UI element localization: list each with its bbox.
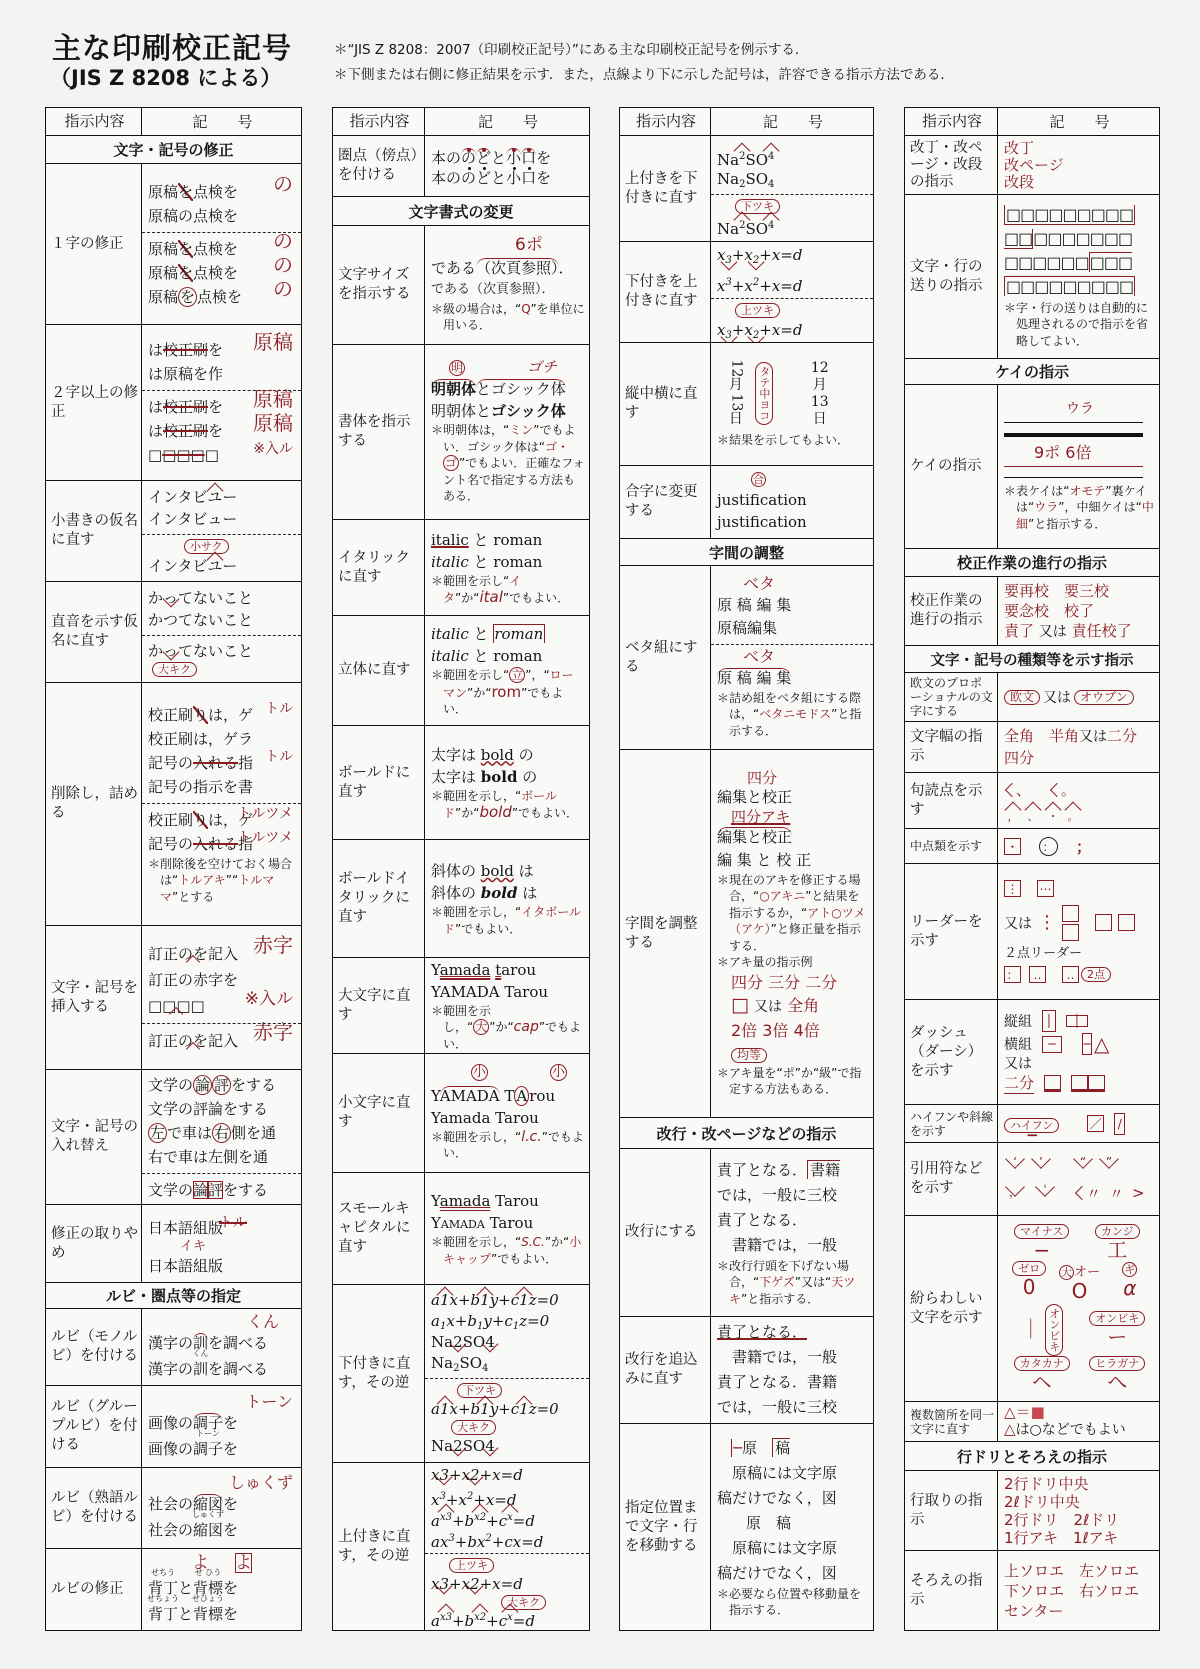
small-caps-text: amada xyxy=(441,1214,485,1232)
note-text: ＊範囲を示し，“ xyxy=(431,789,521,803)
bold-italic-text: bold xyxy=(481,884,518,902)
lowercase-marks: 小小 xyxy=(431,1065,585,1085)
caret-marked-char: x2 xyxy=(474,1607,486,1628)
struck-text: □□□ xyxy=(162,446,205,464)
instruction-label: ケイの指示 xyxy=(905,385,998,548)
example-line: 日本語組版トル xyxy=(148,1217,297,1239)
gothic-text: ゴシック体 xyxy=(491,402,566,420)
note-text: ＊結果を示してもよい． xyxy=(717,433,849,447)
ruby-mark: しゅくず xyxy=(148,1475,297,1493)
dash-vertical: 縦組││ xyxy=(1004,1010,1155,1032)
caret-marked-char: 1 xyxy=(440,1399,450,1420)
punctuation-marks: ，、・。 xyxy=(1004,802,1155,824)
example-line: 太字は bold の xyxy=(431,744,585,766)
example-line: 本ののどと小口を xyxy=(431,142,585,166)
progress-marks: 要念校 校了 xyxy=(1004,601,1155,621)
row-uppercase: 大文字に直す Yamada tarou YAMADA Tarou ＊範囲を示し，… xyxy=(333,957,589,1053)
example-line: 左で車は右側を通 xyxy=(148,1121,297,1145)
text: +x=d xyxy=(759,246,802,264)
example-line: は校正刷を原稿 xyxy=(148,338,297,362)
note: ＊アキ量の指示例 xyxy=(717,954,869,971)
two-dot-leader-label: ２点リーダー xyxy=(1004,946,1155,964)
ditto-mark: 〃 xyxy=(1109,1183,1124,1204)
row-new-paragraph: 改行にする 責了となる．書籍 では，一般に三校 責了となる． 書籍では，一般 ＊… xyxy=(620,1148,873,1316)
row-rules: ケイの指示 ウラ 9ポ 6倍 ＊表ケイは“オモテ”裏ケイは“ウラ”，中細ケイは“… xyxy=(905,384,1159,548)
instruction-label: ルビ（グループルビ）を付ける xyxy=(46,1386,142,1467)
two-dot-mark: 2点 xyxy=(1081,967,1111,982)
example-line: 斜体の bold は xyxy=(431,860,585,882)
text: か xyxy=(148,589,163,607)
example-line: Yamada Tarou xyxy=(431,1190,585,1212)
text: を xyxy=(536,169,551,187)
example-value: 全角 xyxy=(787,996,819,1015)
row-ruby-fix: ルビの修正 よよ せちう背丁とせ ひう背標を せちょう背丁とせひょう背標を xyxy=(46,1548,301,1630)
section-heading: 字間の調整 xyxy=(620,538,873,565)
row-text-flow: 文字・行の送りの指示 □□□□□□□□□ □□□□□□□□□ □□□□□□□□□… xyxy=(905,194,1159,358)
table-column-1: 指示内容 記 号 文字・記号の修正 １字の修正 原稿を点検をの 原稿の点検を 原… xyxy=(45,107,302,1631)
middle-dot-mark: ・ xyxy=(1044,802,1062,824)
note: ＊詰め組をベタ組にする際は，“ベタニモドス”と指示する． xyxy=(717,690,869,740)
result-line: 画像のトーン調子を xyxy=(148,1438,297,1460)
spacing-examples: 四分 三分 二分 xyxy=(717,971,869,994)
symbol-cell: 校正刷りは，ゲトル 校正刷は，ゲラ 記号の入れる指トル 記号の指示を書 校正刷り… xyxy=(142,683,301,925)
table-column-3: 指示内容 記 号 上付きを下付きに直す Na2SO4 Na2SO4 下ツキ Na… xyxy=(619,107,874,1631)
hyphen-mark: ハイフン− xyxy=(1004,1115,1059,1133)
row-fix-multi-char: ２字以上の修正 は校正刷を原稿 は原稿を作 は校正刷を原稿 は校正刷を原稿 □□… xyxy=(46,324,301,480)
row-char-width: 文字幅の指示 全角 半角又は二分 四分 xyxy=(905,721,1159,772)
insertion-point: を記入 xyxy=(193,1032,238,1050)
text: を xyxy=(223,1605,238,1623)
progress-mark: 校了 xyxy=(1064,602,1094,620)
cancelled-mark: トル xyxy=(219,1211,247,1235)
text: +cx=d xyxy=(492,1533,544,1551)
or-text: 又は xyxy=(1079,729,1107,745)
typeface-marks: 明ゴチ xyxy=(431,359,585,378)
horizontal-two-dot-box: ‥ xyxy=(1029,966,1046,983)
symbol-cell: □□□□□□□□□ □□□□□□□□□ □□□□□□□□□ □□□□□□□□□ … xyxy=(998,195,1159,358)
correction-mark: 原稿 xyxy=(253,387,293,411)
row-emphasis-dots: 圏点（傍点）を付ける 本ののどと小口を 本ののどと小口を xyxy=(333,135,589,196)
row-transpose: 文字・記号の入れ替え 文学の論評をする 文学の評論をする 左で車は右側を通 右で… xyxy=(46,1069,301,1204)
table-column-4: 指示内容 記 号 改丁・改ページ・改段の指示 改丁 改ページ 改段 文字・行の送… xyxy=(904,107,1160,1631)
ruby-text: せちょう xyxy=(144,1595,182,1603)
symbol-cell: 文学の論評をする 文学の評論をする 左で車は右側を通 右で車は左側を通 文学の論… xyxy=(142,1070,301,1204)
text: と xyxy=(491,149,506,167)
dot-stack: ⋮ xyxy=(1038,914,1056,932)
result-line: 記号の指示を書 xyxy=(148,775,297,799)
text: 日本語組版 xyxy=(148,1219,223,1237)
text: 原稿 xyxy=(148,183,178,201)
text: と xyxy=(469,625,494,643)
caret-marked-char: x3 xyxy=(440,1507,452,1528)
red-rule xyxy=(1004,466,1143,467)
example-line: x3+x2+x=d xyxy=(431,1465,585,1486)
table-header: 指示内容 記 号 xyxy=(905,108,1159,135)
instruction-label: 改行を追込みに直す xyxy=(620,1317,711,1423)
example-value: 4倍 xyxy=(794,1021,820,1040)
text: ー xyxy=(222,488,237,506)
table-header: 指示内容 記 号 xyxy=(46,108,301,135)
text: と xyxy=(491,169,506,187)
note: ＊範囲を示し，“S.C.”か“小キャップ”でもよい． xyxy=(431,1234,585,1267)
confusable-group: マイナス− カンジ工 xyxy=(1004,1224,1155,1261)
red-instruction: 改ページ xyxy=(1004,157,1155,174)
mark-row: 上ツキ xyxy=(717,303,869,319)
note-red-term: ○アキニ xyxy=(759,889,805,903)
result-line: せちょう背丁とせひょう背標を xyxy=(148,1603,297,1625)
ruby-text: くん xyxy=(189,1350,212,1358)
v-marked-char: 2 xyxy=(470,1465,480,1486)
result-line: 責了となる．書籍 xyxy=(717,1370,869,1395)
row-delete: 削除し，詰める 校正刷りは，ゲトル 校正刷は，ゲラ 記号の入れる指トル 記号の指… xyxy=(46,682,301,925)
replace-note: △は○などでもよい xyxy=(1004,1421,1155,1439)
confusable-group: カタカナヘ ヒラガナへ xyxy=(1004,1356,1155,1393)
dot-marked-char: の xyxy=(461,148,476,167)
confusable-item: マイナス− xyxy=(1004,1224,1080,1261)
circled-char: A xyxy=(514,1086,529,1106)
text: Na xyxy=(717,170,739,188)
vertical-dash-box: │ xyxy=(1042,1010,1056,1032)
note-red-term: l.c. xyxy=(521,1129,542,1145)
example-line: Na2SO4 xyxy=(431,1332,585,1353)
subscript: 4 xyxy=(482,1363,488,1374)
punctuation-marks: 、。 xyxy=(1004,778,1155,802)
text: Y xyxy=(431,961,440,979)
text: 日 xyxy=(813,411,827,428)
correction-mark: ※入ル xyxy=(245,987,293,1011)
text: を xyxy=(223,1521,238,1539)
circled-char: 評 xyxy=(212,1075,231,1095)
note-text: ＊必要なら位置や移動量を指示する． xyxy=(717,1587,861,1618)
caret-marked-char: x2 xyxy=(474,1507,486,1528)
triangle-mark: △ xyxy=(1094,1032,1109,1056)
result-line: 日本語組版 xyxy=(148,1255,297,1277)
text: インタビ xyxy=(148,557,207,575)
middle-dot-marks: ・：； xyxy=(1004,835,1155,857)
period-mark: 。 xyxy=(1049,779,1076,800)
row-quotes: 引用符などを示す ‘’“” ，ˈ〃〃> xyxy=(905,1142,1159,1215)
oval-mark: マイナス xyxy=(1014,1224,1069,1239)
result-line: 稿だけでなく，図 xyxy=(717,1561,869,1586)
struck-text: 校正刷 xyxy=(163,398,208,416)
dotted-char: 口 xyxy=(521,166,536,190)
result-vertical-text: 12月13日 xyxy=(811,360,829,428)
instruction-label: 字間を調整する xyxy=(620,750,711,1117)
text: 漢字の xyxy=(148,1334,193,1352)
gothic-mark: ゴチ xyxy=(527,358,557,376)
instruction-label: 行取りの指示 xyxy=(905,1471,998,1550)
ruby-base: トーン調子 xyxy=(193,1438,223,1460)
vertical-leader-box: ⋮ xyxy=(1004,880,1021,897)
result-line: ax3+bx2+cx=d xyxy=(431,1528,585,1549)
symbol-cell: 四分 編集と校正 四分アキ 編集と校正 編 集 と 校 正 ＊現在のアキを修正す… xyxy=(711,750,873,1117)
result-line: では，一般に三校 xyxy=(717,1395,869,1420)
ruby-text: トーン xyxy=(189,1430,227,1438)
text: arou xyxy=(501,961,536,979)
text: と roman xyxy=(469,531,543,549)
correction-mark: の xyxy=(273,277,293,301)
spacing-mark-text: 四分アキ xyxy=(731,808,790,826)
example-line: x3+x2+x=d xyxy=(717,319,869,341)
struck-char: り xyxy=(193,706,208,724)
note: ＊範囲を示し，“ボールド”か“bold”でもよい． xyxy=(431,788,585,822)
example-line: Na2SO4 xyxy=(717,215,869,237)
note-text: ”と指示する． xyxy=(1028,517,1106,531)
symbol-cell: ハイフン−／/ xyxy=(998,1105,1159,1142)
spacing-mark: 四分 xyxy=(717,770,869,786)
row-bold-italic: ボールドイタリックに直す 斜体の bold は 斜体の bold は ＊範囲を示… xyxy=(333,839,589,957)
instruction-label: 下付きに直す，その逆 xyxy=(333,1285,425,1462)
proportional-marks: 欧文又はオウブン xyxy=(1004,686,1155,708)
note-text: ”“ xyxy=(226,873,238,887)
correction-mark: 赤字 xyxy=(253,933,293,957)
result-line: italic と roman xyxy=(431,645,585,667)
result-line: 斜体の bold は xyxy=(431,882,585,904)
range-marked-text: 編集と校正 xyxy=(717,827,792,846)
tate-chu-yoko-mark: タテ中ヨコ xyxy=(755,362,773,425)
confusable-char: へ xyxy=(1080,1371,1156,1393)
instruction-label: 直音を示す仮名に直す xyxy=(46,582,142,682)
text: y+c xyxy=(490,1400,519,1418)
instruction-label: ２字以上の修正 xyxy=(46,325,142,480)
instruction-label: 修正の取りやめ xyxy=(46,1205,142,1282)
v-marked-char: 3 xyxy=(725,250,731,272)
result-line: a1x+b1y+c1z=0 xyxy=(431,1311,585,1332)
text: 社会の xyxy=(148,1495,193,1513)
text: Y xyxy=(431,1214,441,1232)
symbol-cell: 上ソロエ 左ソロエ 下ソロエ 右ソロエ センター xyxy=(998,1551,1159,1630)
example-line: 責了となる． xyxy=(717,1320,869,1345)
symbol-cell: 欧文又はオウブン xyxy=(998,673,1159,721)
example-line: □□□□※入ル xyxy=(148,993,297,1019)
result-line: x3+x2+x=d xyxy=(717,272,869,294)
result-line: 社会のしゅくず縮図を xyxy=(148,1519,297,1541)
example-line: かってないこと xyxy=(148,587,297,609)
text: と roman xyxy=(469,553,543,571)
symbol-cell: 日本語組版トル イキ 日本語組版 xyxy=(142,1205,301,1282)
example-line: 訂正のを記入赤字 xyxy=(148,941,297,967)
width-marks: 四分 xyxy=(1004,748,1155,769)
instruction-label: 引用符などを示す xyxy=(905,1143,998,1215)
mark-row: 上ツキ xyxy=(431,1558,585,1574)
note-text: ”か“ xyxy=(545,1235,569,1249)
circled-colon: ： xyxy=(1039,837,1058,856)
row-dashes: ダッシュ（ダーシ）を示す 縦組││ 横組──△ 又は 二分 xyxy=(905,999,1159,1104)
note-text: ”と指示する． xyxy=(741,1292,819,1306)
boxed-char: 論 xyxy=(193,1181,208,1199)
note-red-term: bold xyxy=(479,803,511,821)
text: の xyxy=(514,746,534,764)
example-value: 3倍 xyxy=(762,1021,788,1040)
thin-rule xyxy=(1004,477,1143,478)
note-text: ”か“ xyxy=(455,806,479,820)
text: SO xyxy=(745,170,768,188)
symbol-cell: ・：； xyxy=(998,829,1159,863)
quote-marks: ，ˈ〃〃> xyxy=(1004,1179,1155,1207)
note-text: ＊範囲を示し，“ xyxy=(431,1235,521,1249)
horizontal-dash-box: ─ xyxy=(1082,1033,1092,1055)
symbol-cell: 合 justification justiﬁcation xyxy=(711,466,873,538)
confusable-char: α xyxy=(1105,1277,1155,1299)
example-line: a1x+b1y+c1z=0 xyxy=(431,1399,585,1420)
example-value: □ xyxy=(731,994,749,1016)
oval-mark: ヒラガナ xyxy=(1089,1356,1145,1371)
instruction-label: 小書きの仮名に直す xyxy=(46,481,142,581)
section-heading: 行ドリとそろえの指示 xyxy=(905,1441,1159,1470)
example-line: ax3+bx2+cx=d xyxy=(431,1507,585,1528)
result-line: 明朝体とゴシック体 xyxy=(431,400,585,422)
line-spacing-mark: 2行ドリ 2ℓドリ xyxy=(1004,1511,1155,1529)
underlined-text: italic xyxy=(431,531,469,549)
row-cancel-correction: 修正の取りやめ 日本語組版トル イキ 日本語組版 xyxy=(46,1204,301,1282)
ruby-mark: くん xyxy=(148,1314,297,1332)
ditto-mark: 〃 xyxy=(1074,1183,1101,1204)
or-text: 又は xyxy=(754,999,782,1015)
vertical-two-dot-box: ： xyxy=(1004,966,1021,983)
note: ＊範囲を示し“立”，“ローマン”か“rom”でもよい． xyxy=(431,667,585,718)
row-solid-set: ベタ組にする ベタ 原 稿 編 集 原稿編集 ベタ 原 稿 編 集 ＊詰め組をベ… xyxy=(620,565,873,749)
example-line: 文学の論評をする xyxy=(148,1178,297,1202)
page-title: 主な印刷校正記号 xyxy=(52,26,292,67)
v-marked-char: 3 xyxy=(439,1574,449,1595)
instruction-label: リーダーを示す xyxy=(905,864,998,999)
ruby-text: せ ひう xyxy=(189,1569,227,1577)
row-small-caps: スモールキャピタルに直す Yamada Tarou Yamada Tarou ＊… xyxy=(333,1172,589,1284)
mark-text: オー xyxy=(1074,1265,1100,1280)
note: ＊アキ量を“ポ”か“級”で指定する方法もある． xyxy=(717,1065,869,1098)
instruction-label: 上付きに直す，その逆 xyxy=(333,1463,425,1630)
v-marked-char: っ xyxy=(163,587,178,609)
range-marked-text: （次頁参照） xyxy=(476,258,559,277)
note-text: ”でもよい． xyxy=(491,1252,557,1266)
range-marked-text: 原 稿 編 集 xyxy=(717,668,791,687)
text: 月 xyxy=(729,377,743,394)
result-line: Yamada Tarou xyxy=(431,1212,585,1234)
example-line: 訂正のを記入赤字 xyxy=(148,1028,297,1054)
text: 本の xyxy=(431,169,461,187)
example-line: 責了となる．書籍 xyxy=(717,1158,869,1183)
confusable-item: ｜オンビキ xyxy=(1004,1302,1080,1356)
instruction-label: ハイフンや斜線を示す xyxy=(905,1105,998,1142)
note-red-term: ital xyxy=(479,588,502,606)
result-line: Na2SO4 xyxy=(717,168,869,190)
progress-marks: 責了 又は 責任校了 xyxy=(1004,621,1155,642)
confusable-item: オンビキー xyxy=(1080,1311,1156,1348)
instruction-label: 縦中横に直す xyxy=(620,343,711,465)
symbol-cell: かってないこと かつてないこと かってないこと 大キク xyxy=(142,582,301,682)
note-text: は○などでもよい xyxy=(1016,1422,1126,1438)
dash-horizontal: 横組──△ xyxy=(1004,1032,1155,1056)
v-marked-char: 3 xyxy=(439,1465,449,1486)
caret-marked-char: 4 xyxy=(768,215,774,237)
note: ＊字・行の送りは自動的に処理されるので指示を省略してよい． xyxy=(1004,300,1155,350)
text: z=0 xyxy=(519,1312,549,1330)
quote-mark: ” xyxy=(1098,1155,1120,1175)
symbol-cell: 要再校 要三校 要念校 校了 責了 又は 責任校了 xyxy=(998,577,1159,645)
v-marked-char: 2 xyxy=(453,1332,463,1353)
instruction-label: 中点類を示す xyxy=(905,829,998,863)
confusable-item: 大オーO xyxy=(1054,1261,1104,1302)
example-line: x3+x2+x=d xyxy=(431,1574,585,1595)
text: 責了となる． xyxy=(717,1161,807,1179)
text: x+b xyxy=(446,1312,477,1330)
row-font-size: 文字サイズを指示する 6ポ である（次頁参照）． である（次頁参照）． ＊級の場… xyxy=(333,225,589,344)
note-text: ”，中細ケイは“ xyxy=(1058,500,1142,514)
v-marked-char: 4 xyxy=(485,1436,495,1457)
ruby-text: せちう xyxy=(144,1569,182,1577)
spacing-examples: 2倍 3倍 4倍 xyxy=(717,1019,869,1042)
dotted-char: ど xyxy=(476,166,491,190)
note-text: ＊級の場合は，“ xyxy=(431,302,521,316)
table-header: 指示内容 記 号 xyxy=(333,108,589,135)
row-proof-progress: 校正作業の進行の指示 要再校 要三校 要念校 校了 責了 又は 責任校了 xyxy=(905,576,1159,645)
boxes: □□□□□□ xyxy=(1004,253,1089,272)
text: 画像の xyxy=(148,1440,193,1458)
note: ＊現在のアキを修正する場合，“○アキニ”と結果を指示するか，“アト○ツメ（アケ）… xyxy=(717,872,869,955)
text: Tarou xyxy=(490,1192,538,1210)
width-marks: 全角 半角又は二分 xyxy=(1004,726,1155,748)
note-red-term: ゴ・ xyxy=(545,440,569,454)
note: ＊範囲を示し，“l.c.”でもよい． xyxy=(431,1129,585,1162)
note-red-term: 立 xyxy=(509,667,525,683)
symbol-cell: 原稿を点検をの 原稿の点検を 原稿を点検をの 原稿を点検をの 原稿を点検をの xyxy=(142,164,301,324)
bracketed-boxes: □□□□□□□□□ xyxy=(1004,276,1135,296)
text: 調子 xyxy=(193,1440,223,1458)
result-line: 漢字のくん訓を調べる xyxy=(148,1358,297,1380)
confusable-item: ゼロ0 xyxy=(1004,1261,1054,1302)
symbol-cell: 改丁 改ページ 改段 xyxy=(998,136,1159,194)
example-line: □□□□□※入ル xyxy=(148,443,297,467)
example-line: 編集と校正 xyxy=(717,786,869,809)
example-line: 文学の論評をする xyxy=(148,1073,297,1097)
row-italic: イタリックに直す italic と roman italic と roman ＊… xyxy=(333,519,589,615)
triangle-mark: △ xyxy=(1004,1420,1016,1438)
instruction-label: ルビの修正 xyxy=(46,1549,142,1630)
run-in-marked-text: 責了となる． xyxy=(717,1323,807,1341)
result-line: 原 稿 xyxy=(717,1511,869,1536)
oval-mark: オウブン xyxy=(1074,690,1134,705)
symbol-cell: インタビユー インタビュー 小サク インタビユー xyxy=(142,481,301,581)
symbol-cell: 、。 ，、・。 xyxy=(998,773,1159,828)
insertion-point: を記入 xyxy=(193,945,238,963)
box-row: □□□□□□□□□ xyxy=(1004,204,1155,228)
note-text: ”か“ xyxy=(489,1020,513,1034)
caret-marked-char: 1 xyxy=(480,1290,490,1311)
example-line: Na2SO4 xyxy=(717,146,869,168)
width-mark: 二分 xyxy=(1107,727,1137,745)
note-text: ＊範囲を示し“ xyxy=(431,668,509,682)
dot-marked-char: 口 xyxy=(521,148,536,167)
example-line: 稿だけでなく，図 xyxy=(717,1486,869,1511)
example-line: インタビユー xyxy=(148,486,297,508)
quote-marks: ‘’“” xyxy=(1004,1151,1155,1179)
header-symbol: 記 号 xyxy=(425,108,589,135)
example-line: 原稿には文字原 xyxy=(717,1461,869,1486)
note-red-term: cap xyxy=(514,1019,539,1035)
instruction-label: 書体を指示する xyxy=(333,345,425,519)
ligature-mark: 合 xyxy=(751,472,766,487)
mark-row: 下ツキ xyxy=(431,1383,585,1399)
caret-marked-char: 1 xyxy=(440,1290,450,1311)
symbol-cell: ⋮⋯ 又は⋮ ２点リーダー ：‥‥2点 xyxy=(998,864,1159,999)
note-text: ＊アキ量の指示例 xyxy=(717,955,813,969)
circled-char: を xyxy=(178,287,197,307)
comma-mark: 、 xyxy=(1004,779,1031,800)
example-line: 漢字の訓を調べる xyxy=(148,1332,297,1354)
v-marked-char: 2 xyxy=(753,250,759,272)
confusable-char: ー xyxy=(1080,1326,1156,1348)
correction-mark: の xyxy=(273,229,293,253)
